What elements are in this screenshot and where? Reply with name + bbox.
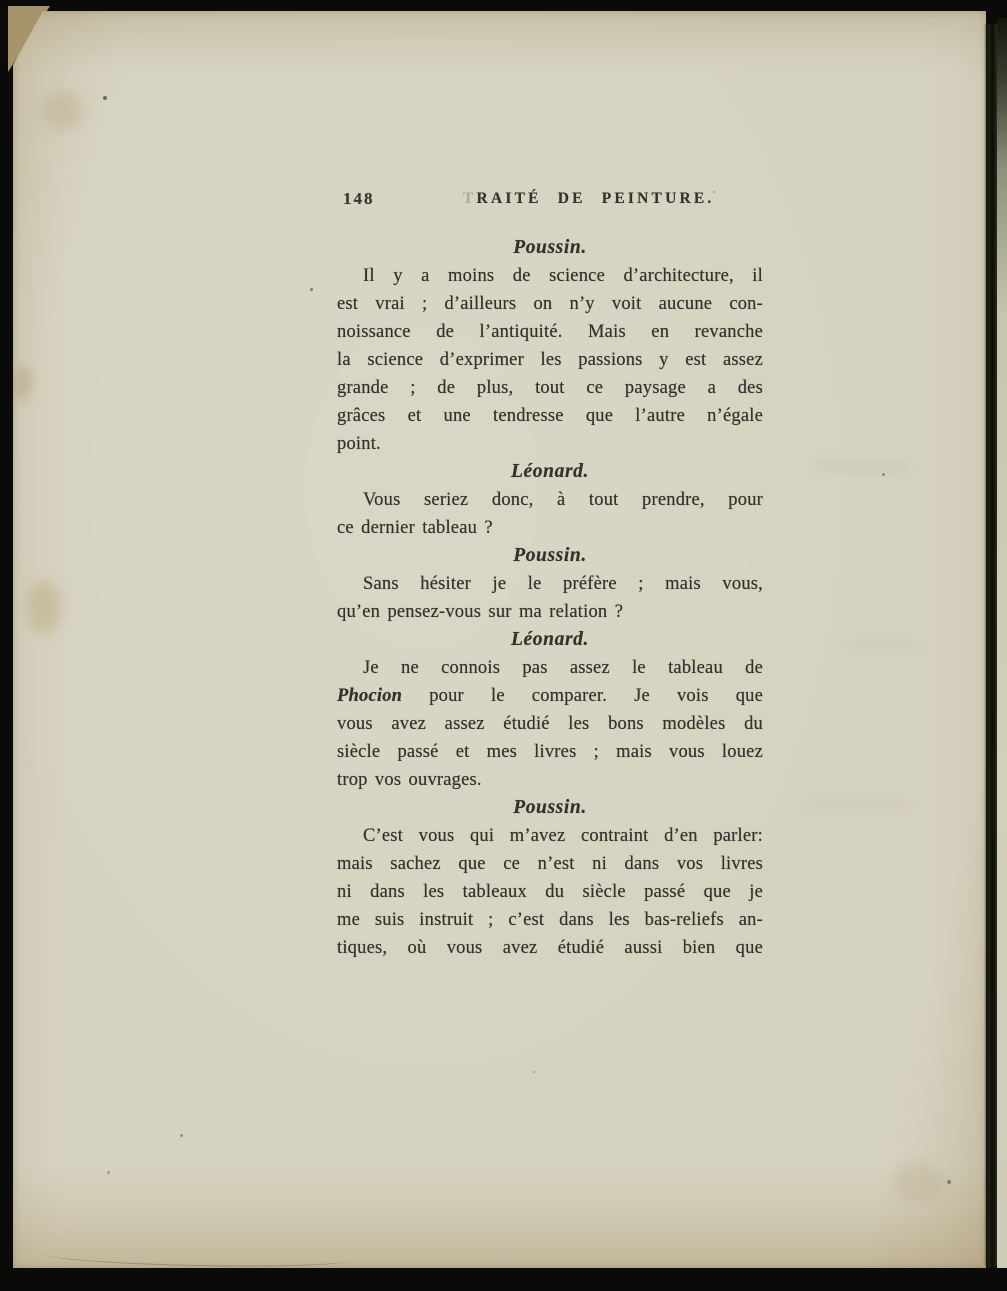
text-line: la science d’exprimer les passions y est… (337, 346, 763, 374)
text-line: Sans hésiter je le préfère ; mais vous, (337, 570, 763, 598)
scratch-mark (41, 1244, 351, 1269)
foxing-speck (882, 473, 885, 476)
foxing-speck (310, 288, 313, 291)
text-line: trop vos ouvrages. (337, 766, 763, 794)
foxing-speck (180, 1134, 183, 1137)
text-line: Je ne connois pas assez le tableau de (337, 654, 763, 682)
book-gutter (984, 24, 998, 1268)
text-line: ce dernier tableau ? (337, 514, 763, 542)
text-line: Vous seriez donc, à tout prendre, pour (337, 486, 763, 514)
text-line: Phocion pour le comparer. Je vois que (337, 682, 763, 710)
text-line: est vrai ; d’ailleurs on n’y voit aucune… (337, 290, 763, 318)
ink-bleedthrough (843, 641, 923, 651)
speaker-heading: Léonard. (337, 626, 763, 654)
text-line: grâces et une tendresse que l’autre n’ég… (337, 402, 763, 430)
scanned-book-photo: { "page": { "number": "148", "running_ti… (0, 0, 1007, 1291)
adjacent-page-edge (997, 18, 1007, 1268)
text-line: point. (337, 430, 763, 458)
text-line: qu’en pensez-vous sur ma relation ? (337, 598, 763, 626)
stain (893, 1161, 943, 1201)
speaker-heading: Poussin. (337, 234, 763, 262)
foxing-speck (103, 96, 107, 100)
italic-text: Phocion (337, 686, 402, 706)
text-block: Poussin.Il y a moins de science d’archit… (337, 234, 763, 962)
stain (43, 91, 83, 131)
ink-bleedthrough (813, 461, 913, 472)
text-line: noissance de l’antiquité. Mais en revanc… (337, 318, 763, 346)
ink-bleedthrough (803, 801, 913, 812)
running-title: TRAITÉ DE PEINTURE. (463, 190, 715, 208)
foxing-speck (533, 1071, 535, 1073)
text-line: Il y a moins de science d’architecture, … (337, 262, 763, 290)
text-line: mais sachez que ce n’est ni dans vos liv… (337, 850, 763, 878)
stain (27, 581, 61, 633)
page-header: 148 TRAITÉ DE PEINTURE. (337, 189, 763, 233)
speaker-heading: Poussin. (337, 794, 763, 822)
text-line: grande ; de plus, tout ce paysage a des (337, 374, 763, 402)
text-line: tiques, où vous avez étudié aussi bien q… (337, 934, 763, 962)
speaker-heading: Léonard. (337, 458, 763, 486)
text-line: siècle passé et mes livres ; mais vous l… (337, 738, 763, 766)
text-line: vous avez assez étudié les bons modèles … (337, 710, 763, 738)
text-line: me suis instruit ; c’est dans les bas-re… (337, 906, 763, 934)
speaker-heading: Poussin. (337, 542, 763, 570)
stain (15, 366, 31, 400)
plain-text: pour le comparer. Je vois que (402, 686, 763, 706)
foxing-speck (947, 1180, 951, 1184)
text-line: ni dans les tableaux du siècle passé que… (337, 878, 763, 906)
text-line: C’est vous qui m’avez contraint d’en par… (337, 822, 763, 850)
foxing-speck (107, 1171, 110, 1174)
page-number: 148 (343, 189, 375, 209)
